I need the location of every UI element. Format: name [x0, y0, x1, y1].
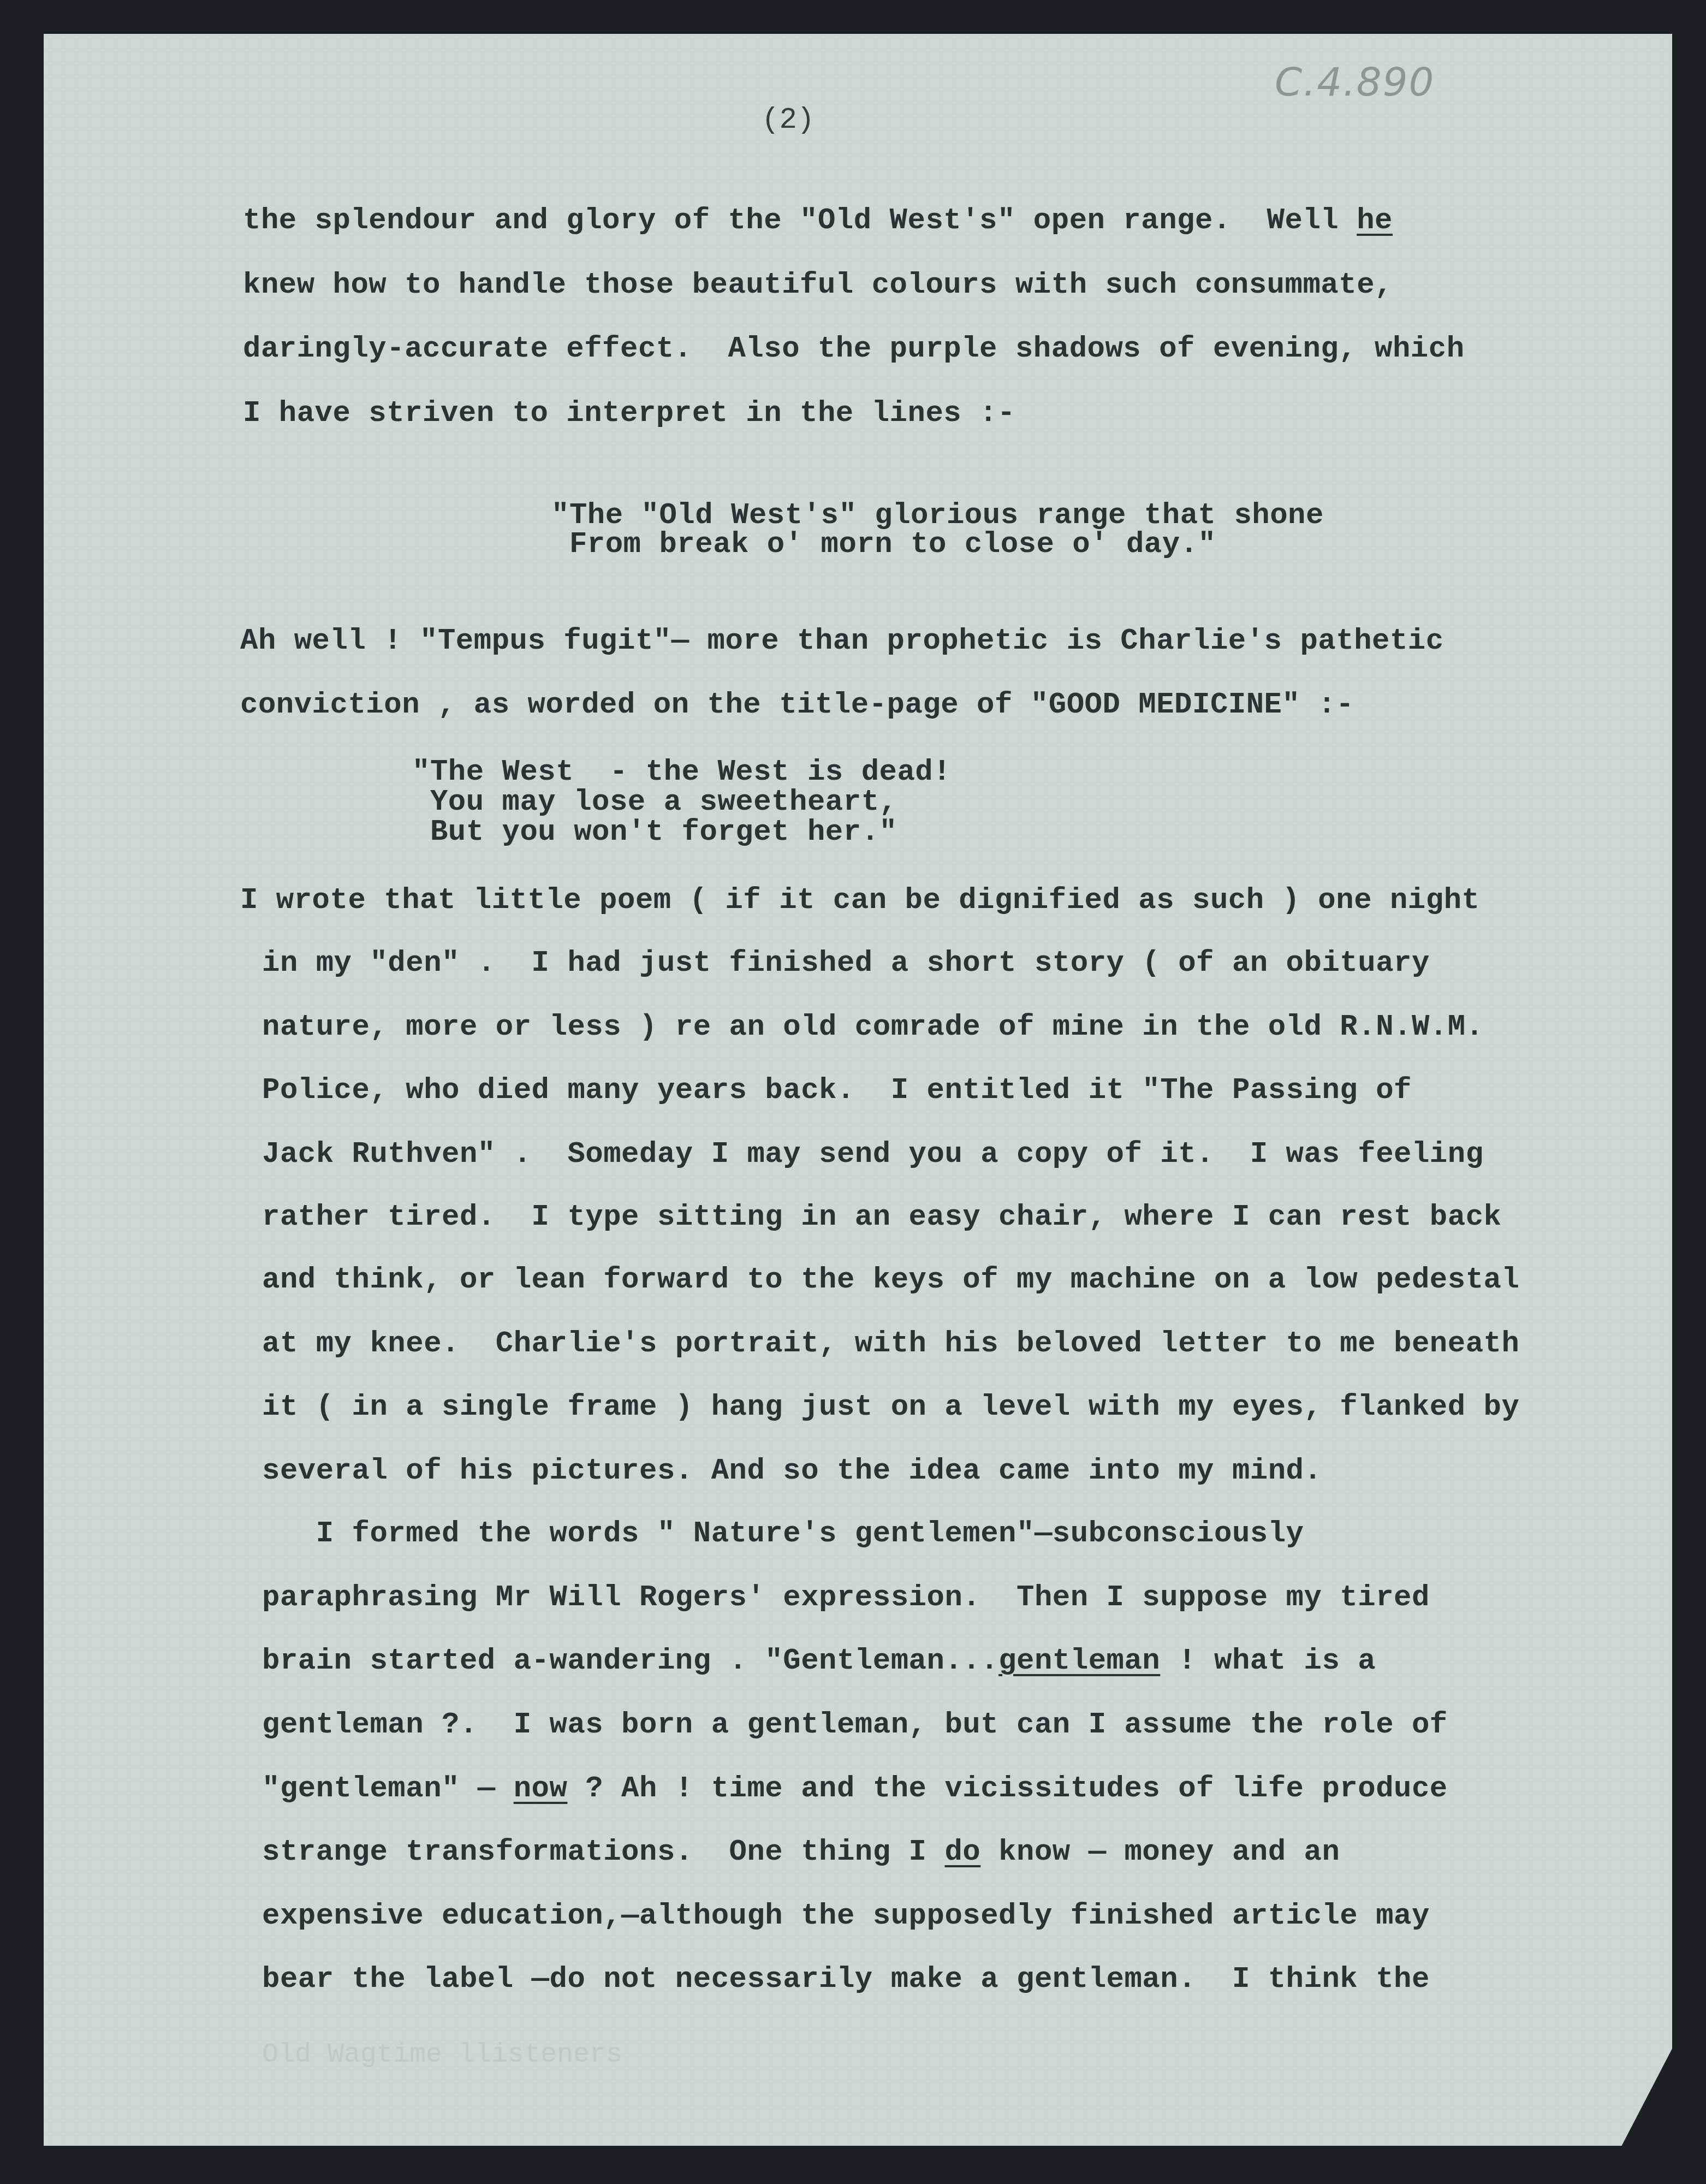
text-line: knew how to handle those beautiful colou…: [243, 269, 1393, 302]
text-line: brain started a-wandering . "Gentleman..…: [262, 1645, 1376, 1678]
text-line: in my "den" . I had just finished a shor…: [262, 947, 1430, 980]
text-line: I wrote that little poem ( if it can be …: [240, 885, 1479, 917]
text-line: it ( in a single frame ) hang just on a …: [262, 1391, 1519, 1424]
underlined-word: do: [944, 1836, 980, 1869]
verse-line: From break o' morn to close o' day.": [551, 529, 1216, 561]
verse-line: "The West - the West is dead!: [412, 756, 951, 789]
text-line: expensive education,—although the suppos…: [262, 1900, 1430, 1933]
text-line: Police, who died many years back. I enti…: [262, 1075, 1412, 1107]
text-line: at my knee. Charlie's portrait, with his…: [262, 1328, 1519, 1361]
text-line: Ah well ! "Tempus fugit"— more than prop…: [240, 625, 1444, 658]
text-line: Jack Ruthven" . Someday I may send you a…: [262, 1138, 1484, 1171]
text-line: conviction , as worded on the title-page…: [240, 689, 1354, 722]
underlined-word: he: [1357, 204, 1393, 238]
page-number: (2): [762, 104, 815, 137]
text-line: strange transformations. One thing I do …: [262, 1836, 1340, 1869]
text-line: the splendour and glory of the "Old West…: [243, 205, 1393, 238]
text-line: bear the label —do not necessarily make …: [262, 1963, 1430, 1996]
text-line: rather tired. I type sitting in an easy …: [262, 1201, 1501, 1234]
text-line: "gentleman" — now ? Ah ! time and the vi…: [262, 1773, 1448, 1806]
text-line: several of his pictures. And so the idea…: [262, 1455, 1322, 1488]
text-line: daringly-accurate effect. Also the purpl…: [243, 333, 1465, 366]
underlined-word: now: [514, 1772, 568, 1806]
text-line: nature, more or less ) re an old comrade…: [262, 1011, 1484, 1044]
text-line: I have striven to interpret in the lines…: [243, 397, 1015, 430]
verse-line: You may lose a sweetheart,: [412, 786, 897, 819]
text-line: I formed the words " Nature's gentlemen"…: [262, 1518, 1304, 1551]
show-through-text: Old Wagtime llisteners: [262, 2039, 622, 2070]
archive-reference-annotation: C.4.890: [1275, 59, 1435, 105]
verse-line: But you won't forget her.": [412, 816, 897, 849]
text-line: and think, or lean forward to the keys o…: [262, 1264, 1519, 1297]
text-line: paraphrasing Mr Will Rogers' expression.…: [262, 1582, 1430, 1615]
underlined-word: gentleman: [998, 1645, 1160, 1678]
verse-line: "The "Old West's" glorious range that sh…: [551, 500, 1324, 532]
text-line: gentleman ?. I was born a gentleman, but…: [262, 1709, 1448, 1742]
